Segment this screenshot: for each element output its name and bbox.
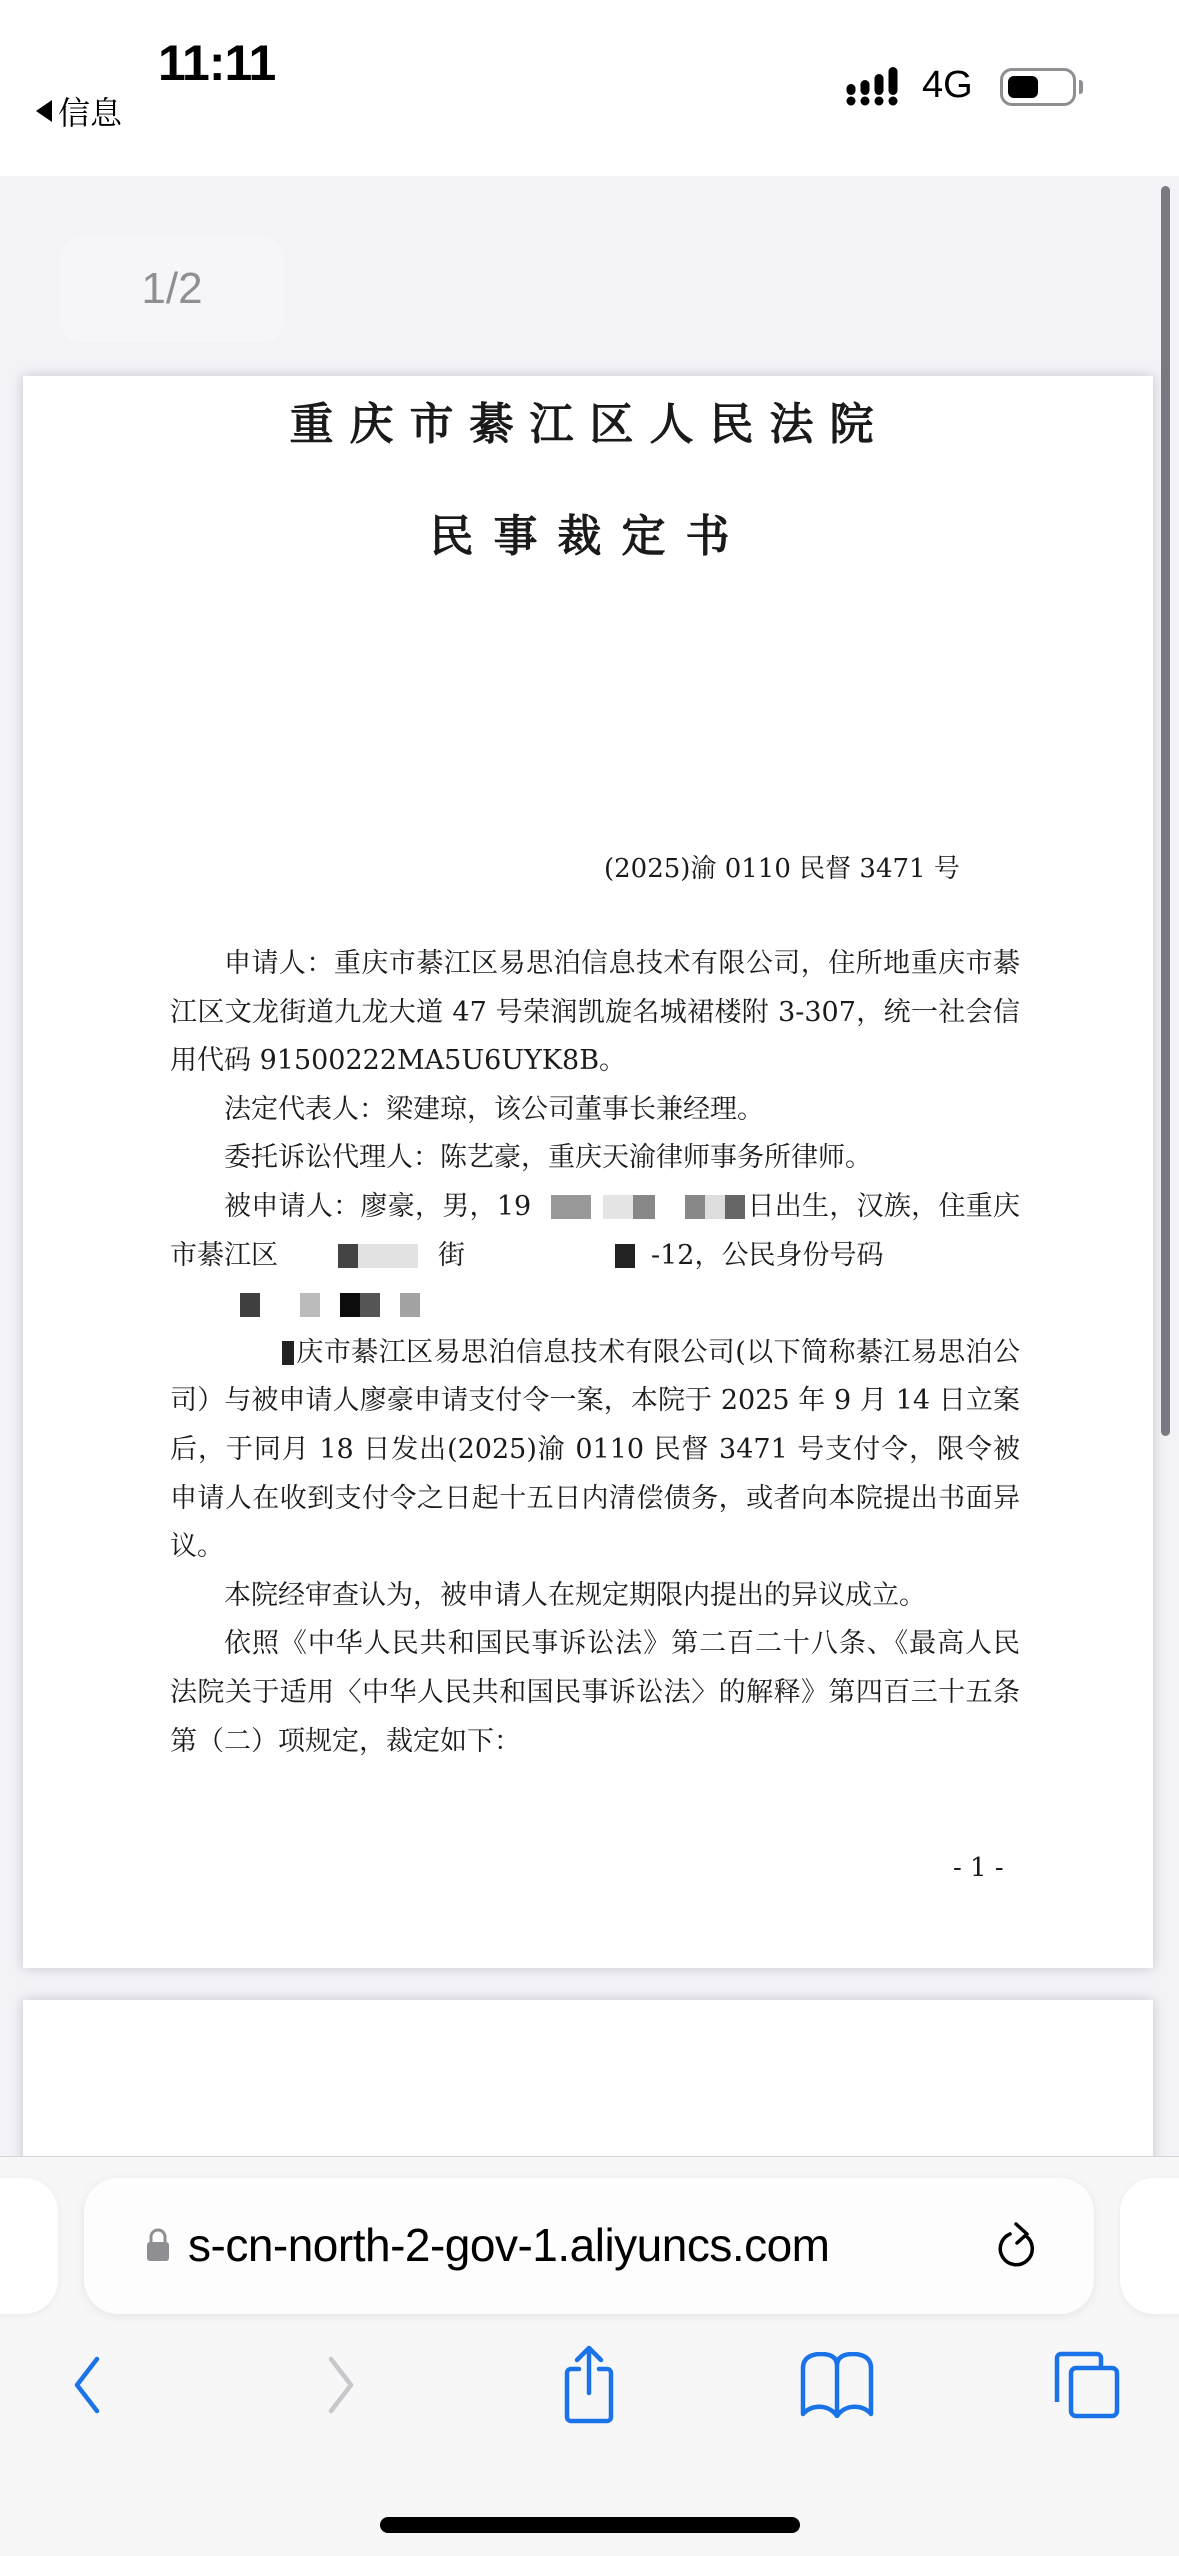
redaction-mosaic — [300, 1293, 320, 1317]
respondent-text-a: 被申请人：廖豪，男，19 — [224, 1191, 531, 1222]
chevron-right-icon — [321, 2355, 361, 2415]
reload-icon[interactable] — [996, 2222, 1042, 2274]
redaction-mosaic — [358, 1244, 418, 1268]
document-body: 申请人：重庆市綦江区易思泊信息技术有限公司，住所地重庆市綦江区文龙街道九龙大道 … — [170, 940, 1020, 1766]
legal-rep-paragraph: 法定代表人：梁建琼，该公司董事长兼经理。 — [170, 1086, 1020, 1135]
finding-paragraph: 本院经审查认为，被申请人在规定期限内提出的异议成立。 — [170, 1572, 1020, 1621]
tabs-icon — [1051, 2350, 1123, 2420]
applicant-paragraph: 申请人：重庆市綦江区易思泊信息技术有限公司，住所地重庆市綦江区文龙街道九龙大道 … — [170, 940, 1020, 1086]
home-indicator[interactable] — [380, 2517, 800, 2533]
agent-paragraph: 委托诉讼代理人：陈艺豪，重庆天渝律师事务所律师。 — [170, 1134, 1020, 1183]
redaction-mosaic — [551, 1195, 591, 1219]
redaction-mosaic — [400, 1293, 420, 1317]
back-app-label: 信息 — [58, 88, 122, 134]
redaction-mosaic — [340, 1293, 360, 1317]
legal-basis-paragraph: 依照《中华人民共和国民事诉讼法》第二百二十八条、《最高人民法院关于适用〈中华人民… — [170, 1620, 1020, 1766]
redaction-mosaic — [603, 1195, 633, 1219]
tabs-button[interactable] — [1042, 2340, 1132, 2430]
bookmarks-button[interactable] — [792, 2340, 882, 2430]
redaction-mosaic — [360, 1293, 380, 1317]
back-to-app-button[interactable]: 信息 — [36, 88, 122, 134]
lock-icon — [146, 2228, 170, 2262]
case-history-text: 庆市綦江区易思泊信息技术有限公司(以下简称綦江易思泊公司）与被申请人廖豪申请支付… — [170, 1337, 1020, 1562]
share-icon — [559, 2345, 619, 2425]
chevron-left-icon — [67, 2355, 107, 2415]
battery-icon — [1000, 68, 1076, 106]
forward-button[interactable] — [296, 2340, 386, 2430]
redaction-mosaic — [615, 1244, 635, 1268]
respondent-text-c: 街 — [438, 1240, 465, 1271]
respondent-paragraph: 被申请人：廖豪，男，19日出生，汉族，住重庆市綦江区街-12，公民身份号码 — [170, 1183, 1020, 1280]
battery-level — [1008, 76, 1038, 98]
redaction-mosaic — [685, 1195, 705, 1219]
case-number: (2025)渝 0110 民督 3471 号 — [604, 848, 960, 885]
next-tab-preview[interactable] — [1120, 2178, 1179, 2314]
back-button[interactable] — [42, 2340, 132, 2430]
redaction-mosaic — [725, 1195, 745, 1219]
back-triangle-icon — [36, 100, 52, 122]
redaction-mosaic — [633, 1195, 655, 1219]
redaction-mosaic — [282, 1341, 294, 1365]
court-title: 重庆市綦江区人民法院 — [0, 388, 1179, 452]
redaction-mosaic — [240, 1293, 260, 1317]
case-history-paragraph: 庆市綦江区易思泊信息技术有限公司(以下简称綦江易思泊公司）与被申请人廖豪申请支付… — [170, 1329, 1020, 1572]
battery-tip — [1079, 80, 1083, 94]
page-indicator: 1/2 — [60, 236, 284, 342]
network-type: 4G — [922, 64, 973, 107]
signal-strength-icon — [846, 66, 904, 108]
vertical-scrollbar[interactable] — [1161, 186, 1170, 1436]
respondent-id-redacted — [170, 1280, 1020, 1329]
share-button[interactable] — [544, 2340, 634, 2430]
book-icon — [799, 2352, 875, 2418]
previous-tab-preview[interactable] — [0, 2178, 58, 2314]
document-type: 民事裁定书 — [0, 500, 1179, 564]
status-time: 11:11 — [158, 34, 275, 92]
status-bar: 11:11 信息 4G — [0, 0, 1179, 176]
address-bar[interactable]: s-cn-north-2-gov-1.aliyuncs.com — [84, 2178, 1094, 2314]
url-text[interactable]: s-cn-north-2-gov-1.aliyuncs.com — [188, 2218, 830, 2272]
redaction-mosaic — [705, 1195, 725, 1219]
respondent-text-d: -12，公民身份号码 — [651, 1240, 883, 1271]
page-number: - 1 - — [953, 1853, 1004, 1883]
redaction-mosaic — [338, 1244, 358, 1268]
